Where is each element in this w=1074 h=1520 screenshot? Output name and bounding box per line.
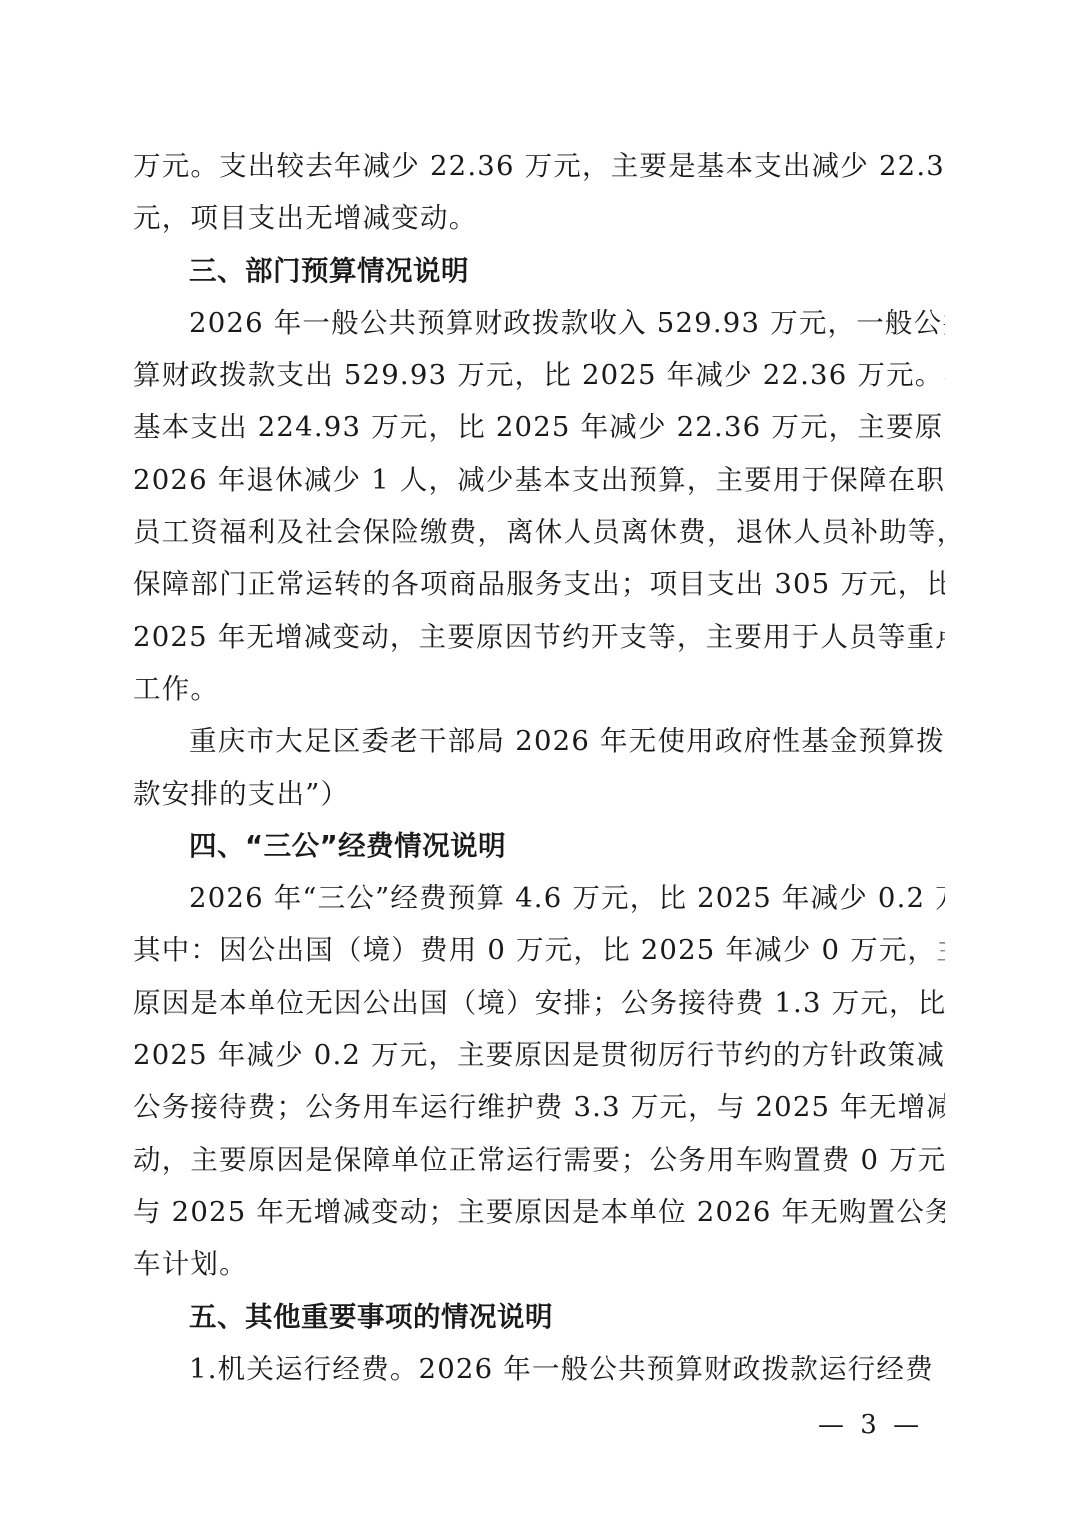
body-line-4: 2026 年一般公共预算财政拨款收入 529.93 万元，一般公共预 bbox=[133, 297, 945, 349]
body-line-18: 2025 年减少 0.2 万元，主要原因是贯彻厉行节约的方针政策减少 bbox=[133, 1029, 945, 1081]
body-line-15: 2026 年“三公”经费预算 4.6 万元，比 2025 年减少 0.2 万元。 bbox=[133, 872, 945, 924]
section-heading-3: 三、部门预算情况说明 bbox=[133, 245, 945, 297]
body-line-17: 原因是本单位无因公出国（境）安排；公务接待费 1.3 万元，比 bbox=[133, 977, 945, 1029]
body-line-13: 款安排的支出”） bbox=[133, 768, 945, 820]
page-number: — 3 — bbox=[818, 1410, 923, 1440]
body-line-8: 员工资福利及社会保险缴费，离休人员离休费，退休人员补助等， bbox=[133, 506, 945, 558]
body-line-7: 2026 年退休减少 1 人，减少基本支出预算，主要用于保障在职人 bbox=[133, 454, 945, 506]
body-line-22: 车计划。 bbox=[133, 1238, 945, 1290]
body-line-21: 与 2025 年无增减变动；主要原因是本单位 2026 年无购置公务用 bbox=[133, 1186, 945, 1238]
body-line-5: 算财政拨款支出 529.93 万元，比 2025 年减少 22.36 万元。其中… bbox=[133, 349, 945, 401]
body-line-20: 动，主要原因是保障单位正常运行需要；公务用车购置费 0 万元， bbox=[133, 1134, 945, 1186]
body-line-1: 万元。支出较去年减少 22.36 万元，主要是基本支出减少 22.36 万 bbox=[133, 140, 945, 192]
section-heading-5: 五、其他重要事项的情况说明 bbox=[133, 1291, 945, 1343]
body-line-11: 工作。 bbox=[133, 663, 945, 715]
body-line-6: 基本支出 224.93 万元，比 2025 年减少 22.36 万元，主要原因是 bbox=[133, 401, 945, 453]
body-line-10: 2025 年无增减变动，主要原因节约开支等，主要用于人员等重点 bbox=[133, 611, 945, 663]
body-line-19: 公务接待费；公务用车运行维护费 3.3 万元，与 2025 年无增减变 bbox=[133, 1081, 945, 1133]
body-line-16: 其中：因公出国（境）费用 0 万元，比 2025 年减少 0 万元，主要 bbox=[133, 924, 945, 976]
body-line-24: 1.机关运行经费。2026 年一般公共预算财政拨款运行经费 28 bbox=[133, 1343, 945, 1395]
section-heading-4: 四、“三公”经费情况说明 bbox=[133, 820, 945, 872]
document-page: 万元。支出较去年减少 22.36 万元，主要是基本支出减少 22.36 万 元，… bbox=[133, 140, 945, 1395]
body-line-2: 元，项目支出无增减变动。 bbox=[133, 192, 945, 244]
body-line-9: 保障部门正常运转的各项商品服务支出；项目支出 305 万元，比 bbox=[133, 558, 945, 610]
body-line-12: 重庆市大足区委老干部局 2026 年无使用政府性基金预算拨 bbox=[133, 715, 945, 767]
